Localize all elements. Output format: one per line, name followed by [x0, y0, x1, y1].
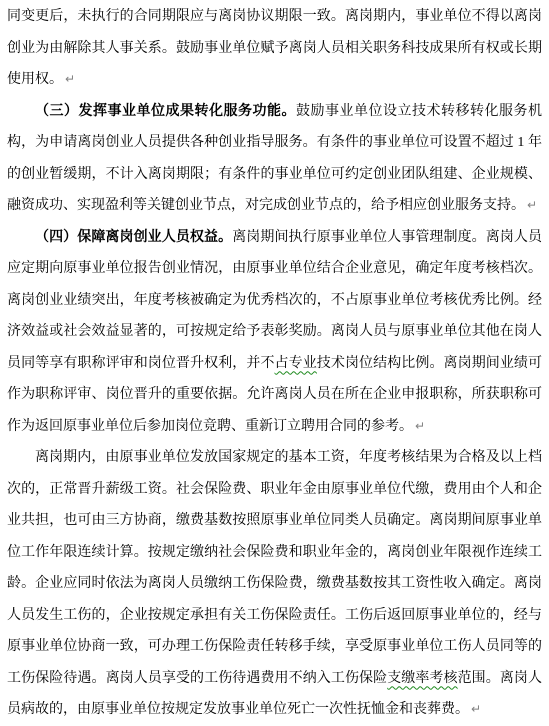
- document-page: 同变更后，未执行的合同期限应与离岗协议期限一致。离岗期内，事业单位不得以离岗创业…: [0, 0, 549, 726]
- paragraph-mark-icon: ↵: [63, 72, 75, 86]
- text-segment: 离岗期内，由原事业单位发放国家规定的基本工资，年度考核结果为合格及以上档次的，正…: [7, 450, 542, 686]
- spellcheck-underlined-text: 支缴率考核: [387, 671, 457, 686]
- text-segment: 同变更后，未执行的合同期限应与离岗协议期限一致。离岗期内，事业单位不得以离岗创业…: [7, 9, 542, 87]
- paragraph: （三）发挥事业单位成果转化服务功能。鼓励事业单位设立技术转移转化服务机构，为申请…: [7, 96, 542, 222]
- paragraph: （四）保障离岗创业人员权益。离岗期间执行原事业单位人事管理制度。离岗人员应定期向…: [7, 222, 542, 443]
- text-segment: 离岗期间执行原事业单位人事管理制度。离岗人员应定期向原事业单位报告创业情况，由原…: [7, 230, 542, 371]
- spellcheck-underlined-text: 占专业: [275, 356, 317, 371]
- paragraph: 离岗期内，由原事业单位发放国家规定的基本工资，年度考核结果为合格及以上档次的，正…: [7, 442, 542, 726]
- bold-heading: （三）发挥事业单位成果转化服务功能。: [35, 104, 296, 119]
- paragraph-mark-icon: ↵: [469, 702, 481, 716]
- text-segment: 鼓励事业单位设立技术转移转化服务机构，为申请离岗创业人员提供各种创业指导服务。有…: [7, 104, 542, 214]
- paragraph-mark-icon: ↵: [525, 198, 537, 212]
- bold-heading: （四）保障离岗创业人员权益。: [35, 230, 232, 245]
- paragraph-mark-icon: ↵: [413, 419, 425, 433]
- paragraph: 同变更后，未执行的合同期限应与离岗协议期限一致。离岗期内，事业单位不得以离岗创业…: [7, 1, 542, 96]
